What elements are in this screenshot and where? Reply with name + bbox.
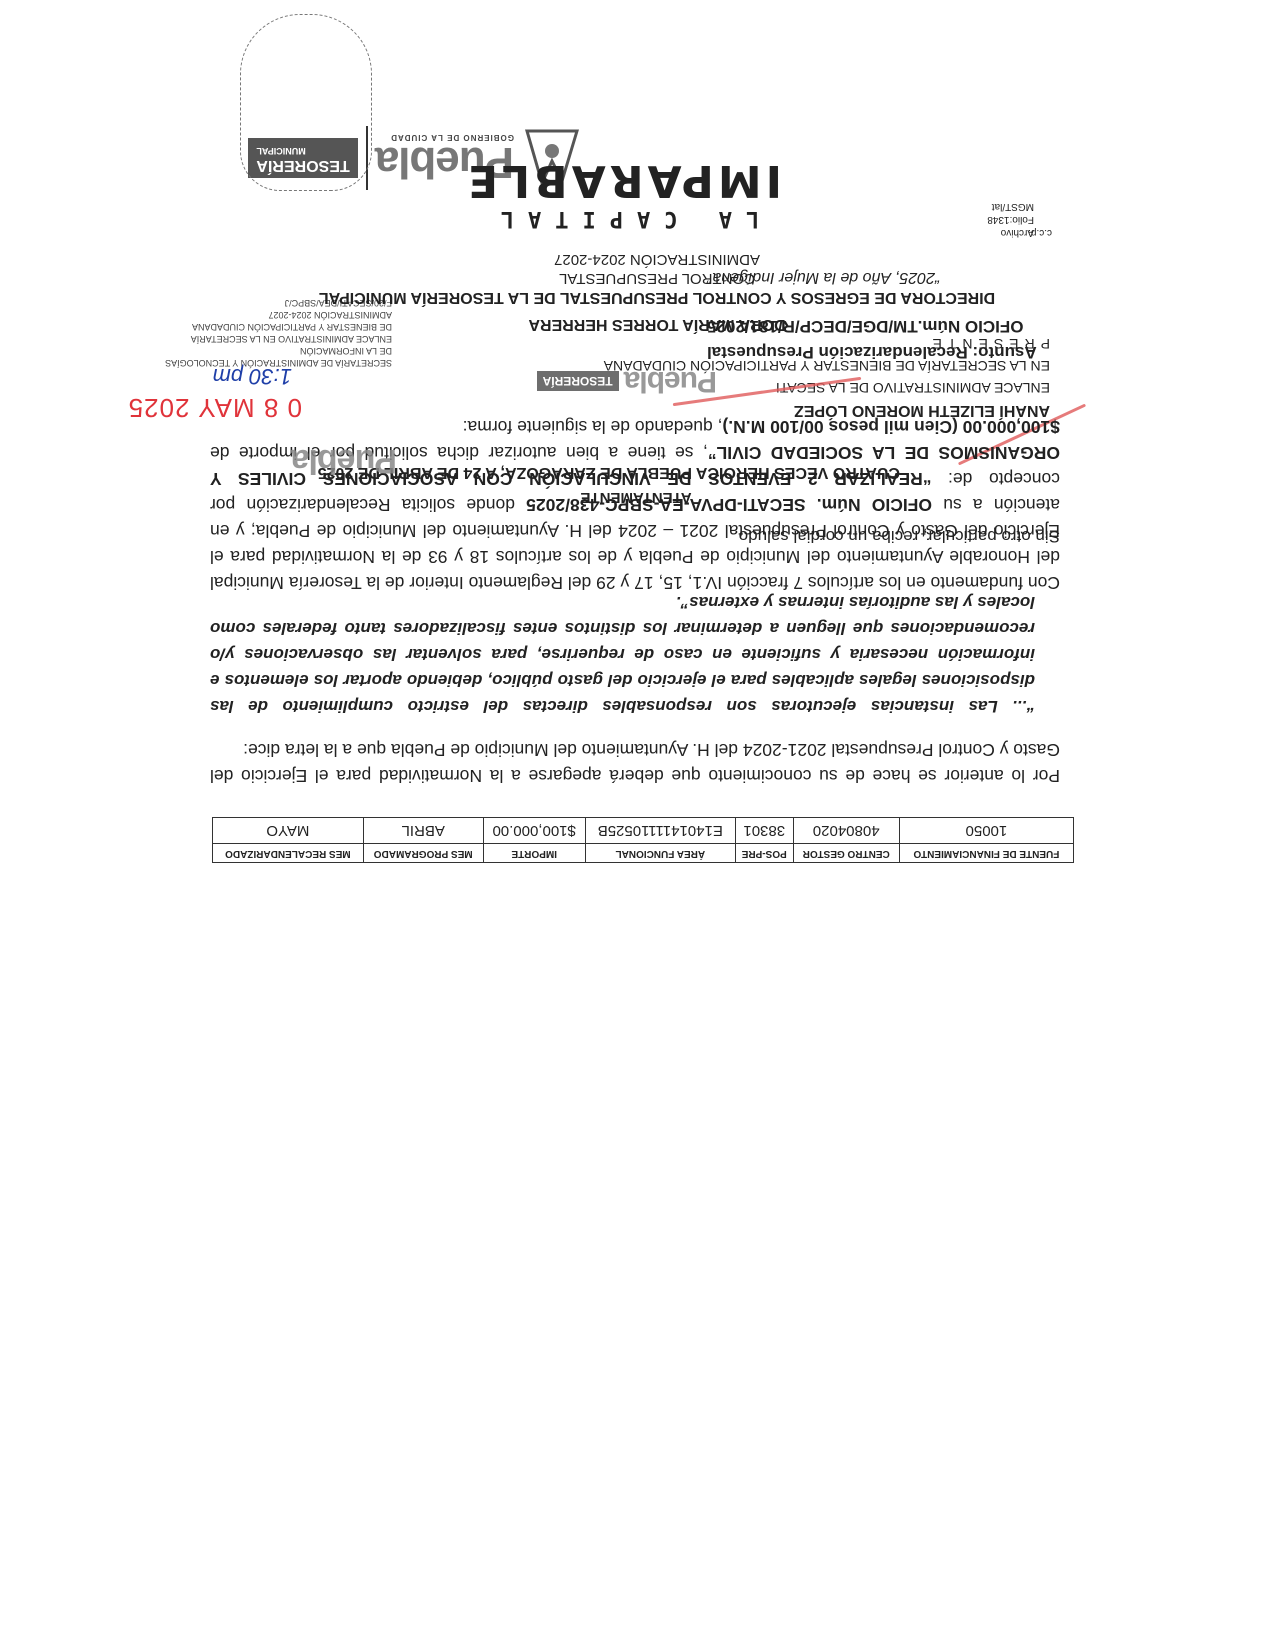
logo-gov: GOBIERNO DE LA CIUDAD (376, 134, 514, 143)
table-header: MES RECALENDARIZADO (213, 844, 364, 863)
budget-table: FUENTE DE FINANCIAMIENTOCENTRO GESTORPOS… (212, 817, 1074, 863)
paragraph-2: Por lo anterior se hace de su conocimien… (210, 737, 1060, 789)
received-stamp-text: SECRETARÍA DE ADMINISTRACIÓN Y TECNOLOGÍ… (92, 297, 392, 369)
signer-stamp-2: ADMINISTRACIÓN 2024-2027 (282, 250, 1032, 269)
regulation-quote: “... Las instancias ejecutoras son respo… (210, 589, 1035, 719)
table-cell: E1401411110525B (585, 818, 735, 844)
presente: PRESENTE (604, 333, 1050, 355)
ccp-block: c.c.p. Archivo Folio:1348 MGST/lat (987, 200, 1034, 239)
place-date: CUATRO VECES HEROICA PUEBLA DE ZARAGOZA,… (318, 463, 900, 481)
table-header: POS-PRE (735, 844, 793, 863)
closing-greeting: Sin otro particular, reciba un cordial s… (734, 526, 1060, 546)
received-date-stamp: 0 8 MAY 2025 (128, 392, 302, 423)
table-cell: $100,000.00 (483, 818, 585, 844)
table-cell: ABRIL (363, 818, 483, 844)
table-header: ÁREA FUNCIONAL (585, 844, 735, 863)
slogan: LA CAPITAL IMPARABLE (464, 155, 782, 231)
table-header: IMPORTE (483, 844, 585, 863)
table-header: FUENTE DE FINANCIAMIENTO (899, 844, 1073, 863)
table-header: CENTRO GESTOR (793, 844, 899, 863)
table-cell: 38301 (735, 818, 793, 844)
signer-title: DIRECTORA DE EGRESOS Y CONTROL PRESUPUES… (282, 288, 1032, 306)
table-cell: MAYO (213, 818, 364, 844)
signer-name: DORA MARÍA TORRES HERRERA (282, 315, 1032, 333)
watermark-seal (240, 14, 372, 191)
table-cell: 40804020 (793, 818, 899, 844)
document-page: Puebla GOBIERNO DE LA CIUDAD TESORERÍA M… (0, 0, 1272, 1651)
table-row: 100504080402038301E1401411110525B$100,00… (213, 818, 1074, 844)
table-header: MES PROGRAMADO (363, 844, 483, 863)
received-stamp-logo: Puebla (292, 441, 397, 481)
signer-stamp-1: CONTROL PRESUPUESTAL (282, 269, 1032, 288)
atentamente: ATENTAMENTE (0, 489, 1272, 506)
signer-block: DORA MARÍA TORRES HERRERA (282, 315, 1032, 333)
signature-seal-logo: Puebla TESORERÍA (537, 361, 717, 401)
table-cell: 10050 (899, 818, 1073, 844)
